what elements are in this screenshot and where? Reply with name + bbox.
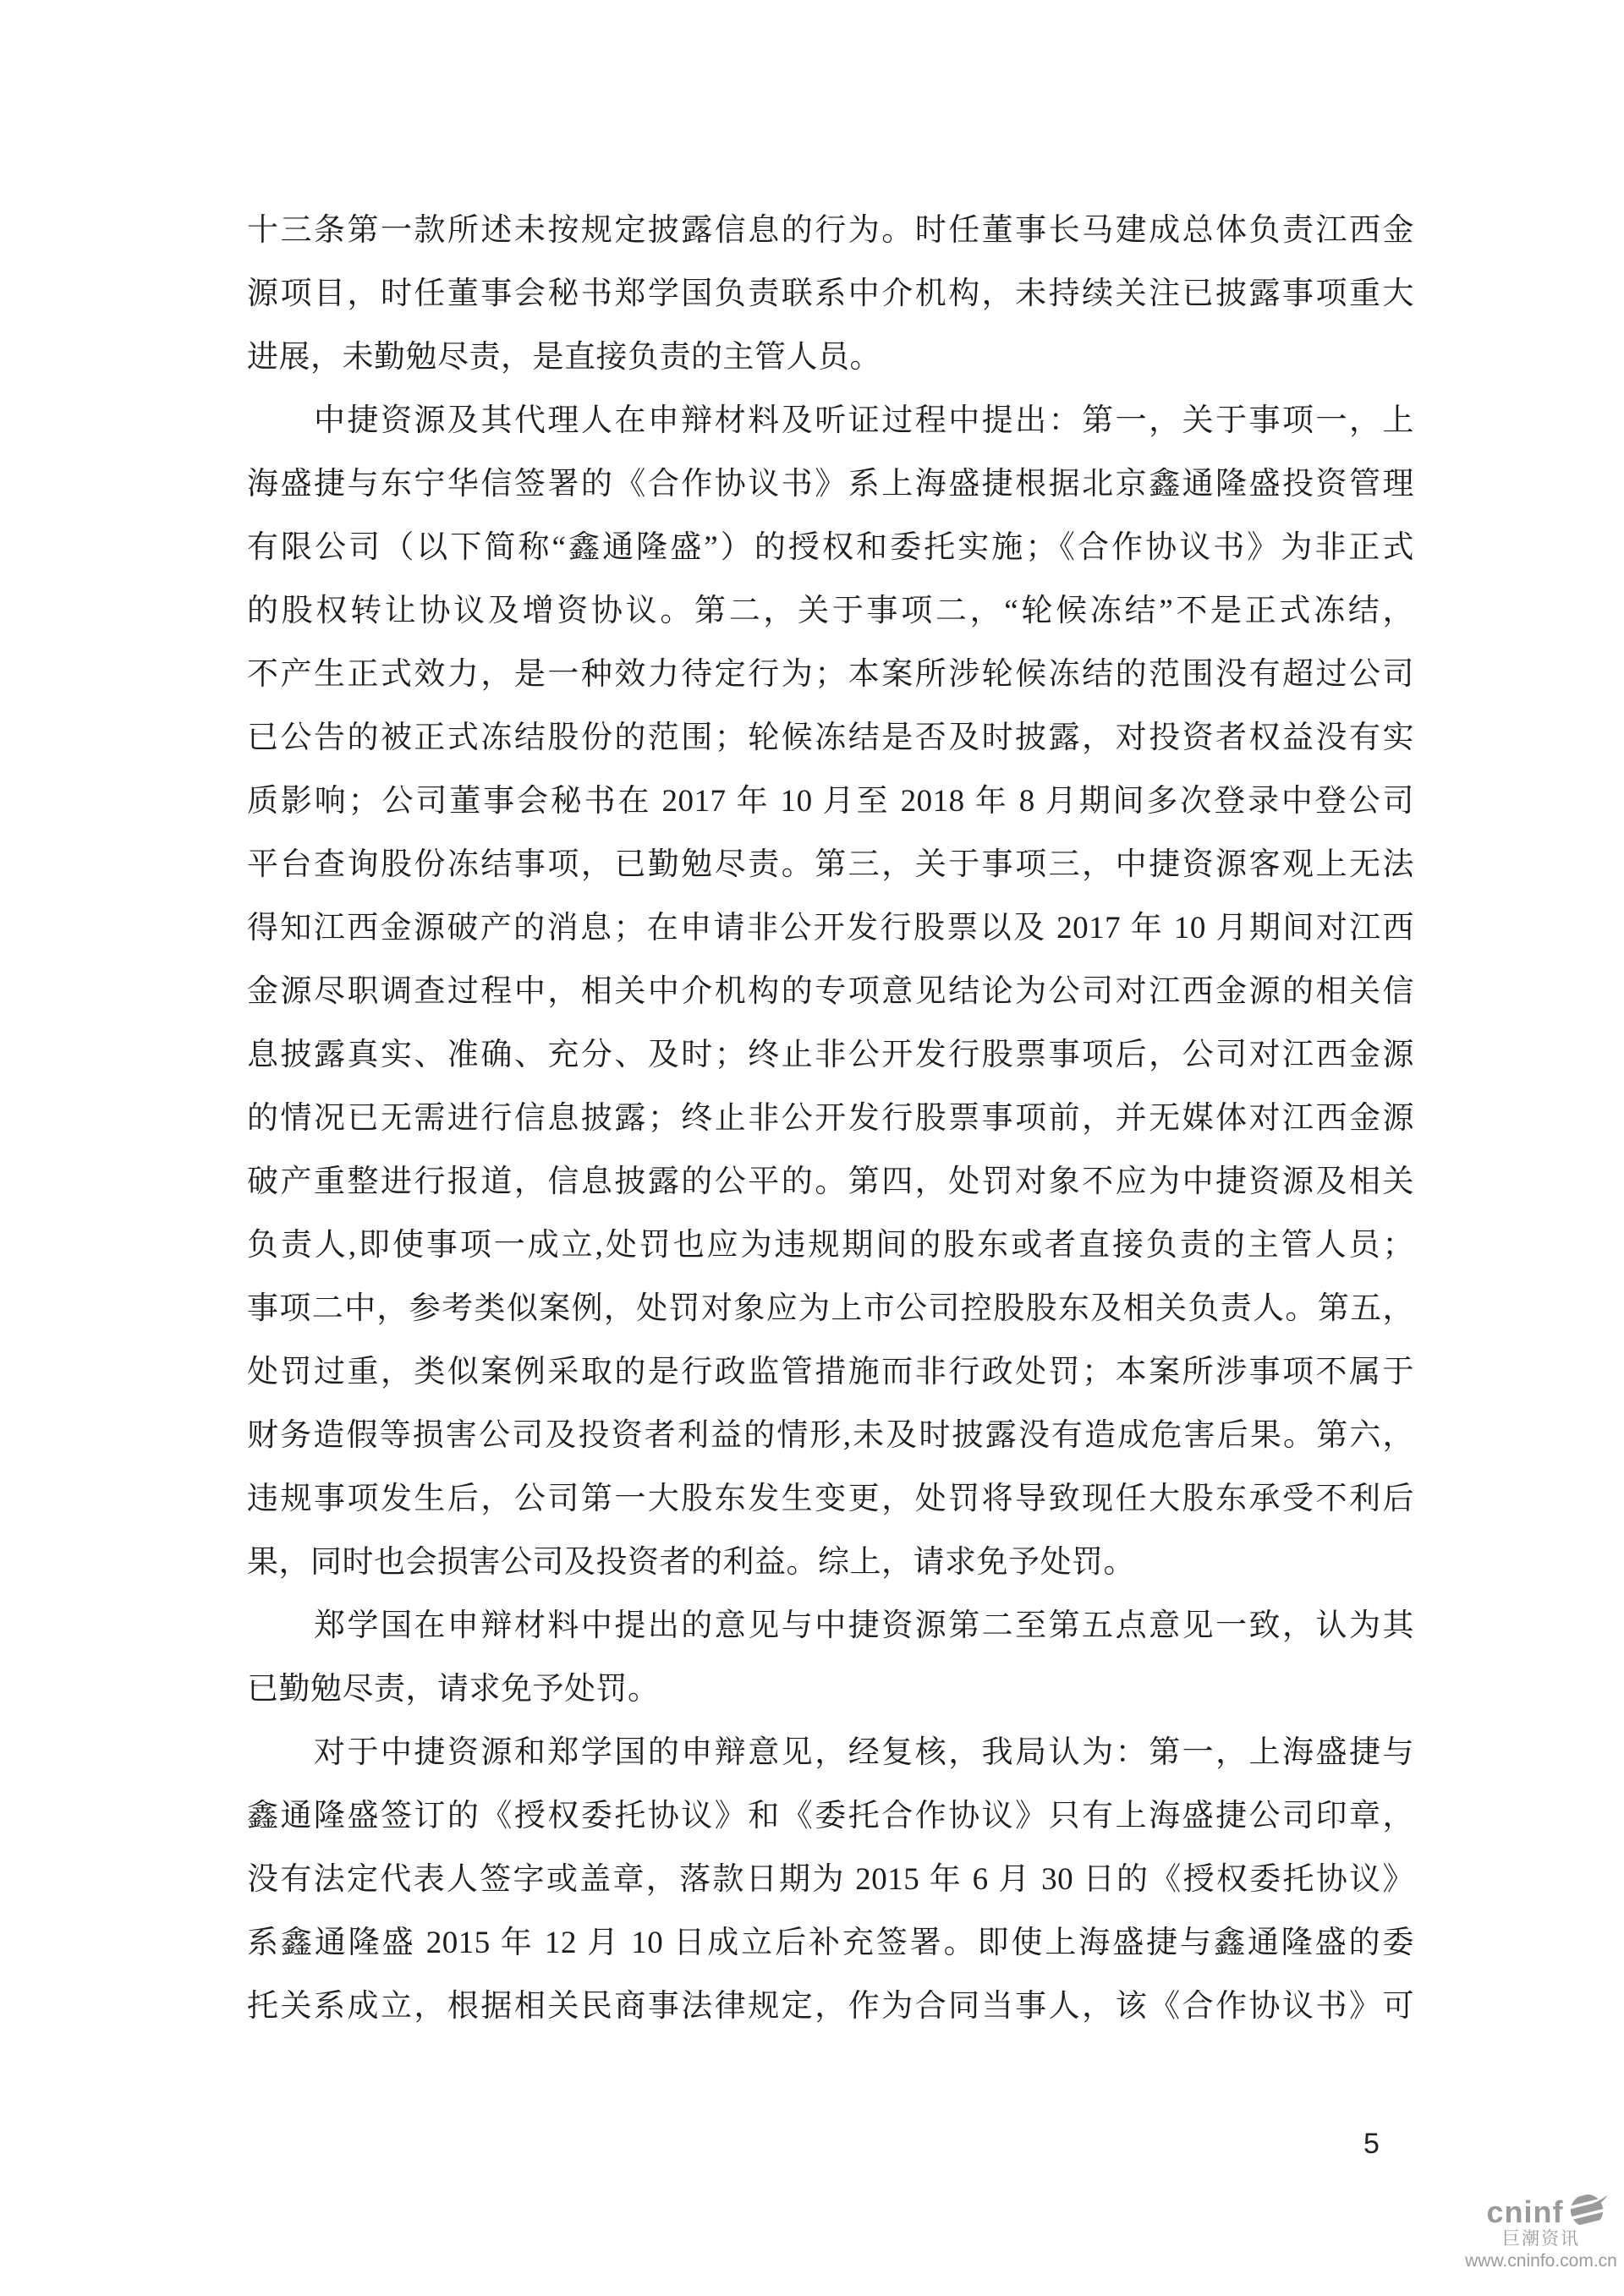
cninfo-brand-row: cninf (1487, 2197, 1608, 2228)
text-line: 违规事项发生后，公司第一大股东发生变更，处罚将导致现任大股东承受不利后 (247, 1467, 1414, 1531)
text-line: 财务造假等损害公司及投资者利益的情形,未及时披露没有造成危害后果。第六， (247, 1404, 1414, 1467)
text-line: 的股权转让协议及增资协议。第二，关于事项二，“轮候冻结”不是正式冻结， (247, 579, 1414, 643)
text-line: 郑学国在申辩材料中提出的意见与中捷资源第二至第五点意见一致，认为其 (247, 1594, 1414, 1658)
text-line: 没有法定代表人签字或盖章，落款日期为 2015 年 6 月 30 日的《授权委托… (247, 1848, 1414, 1911)
text-line: 息披露真实、准确、充分、及时；终止非公开发行股票事项后，公司对江西金源 (247, 1023, 1414, 1087)
text-line: 进展，未勤勉尽责，是直接负责的主管人员。 (247, 326, 1414, 389)
pdf-page: 十三条第一款所述未按规定披露信息的行为。时任董事长马建成总体负责江西金源项目，时… (0, 0, 1624, 2296)
text-line: 中捷资源及其代理人在申辩材料及听证过程中提出：第一，关于事项一，上 (247, 389, 1414, 452)
text-line: 已勤勉尽责，请求免予处罚。 (247, 1658, 1414, 1721)
document-body: 十三条第一款所述未按规定披露信息的行为。时任董事长马建成总体负责江西金源项目，时… (247, 199, 1414, 2038)
paragraph: 十三条第一款所述未按规定披露信息的行为。时任董事长马建成总体负责江西金源项目，时… (247, 199, 1414, 389)
text-line: 已公告的被正式冻结股份的范围；轮候冻结是否及时披露，对投资者权益没有实 (247, 706, 1414, 770)
cninfo-logo: cninf 巨潮资讯 www.cninfo.com.cn (1463, 2197, 1619, 2271)
text-line: 系鑫通隆盛 2015 年 12 月 10 日成立后补充签署。即使上海盛捷与鑫通隆… (247, 1911, 1414, 1975)
text-line: 托关系成立，根据相关民商事法律规定，作为合同当事人，该《合作协议书》可 (247, 1975, 1414, 2038)
text-line: 源项目，时任董事会秘书郑学国负责联系中介机构，未持续关注已披露事项重大 (247, 262, 1414, 326)
globe-swoosh-icon (1567, 2192, 1608, 2228)
text-line: 海盛捷与东宁华信签署的《合作协议书》系上海盛捷根据北京鑫通隆盛投资管理 (247, 452, 1414, 516)
text-line: 有限公司（以下简称“鑫通隆盛”）的授权和委托实施；《合作协议书》为非正式 (247, 516, 1414, 579)
cninfo-brand-cn: 巨潮资讯 (1502, 2229, 1580, 2249)
page-number: 5 (1363, 2128, 1380, 2161)
text-line: 处罚过重，类似案例采取的是行政监管措施而非行政处罚；本案所涉事项不属于 (247, 1340, 1414, 1404)
text-line: 金源尽职调查过程中，相关中介机构的专项意见结论为公司对江西金源的相关信 (247, 960, 1414, 1023)
cninfo-url: www.cninfo.com.cn (1465, 2251, 1617, 2271)
text-line: 不产生正式效力，是一种效力待定行为；本案所涉轮候冻结的范围没有超过公司 (247, 643, 1414, 706)
text-line: 事项二中，参考类似案例，处罚对象应为上市公司控股股东及相关负责人。第五， (247, 1277, 1414, 1340)
text-line: 鑫通隆盛签订的《授权委托协议》和《委托合作协议》只有上海盛捷公司印章， (247, 1784, 1414, 1848)
text-line: 果，同时也会损害公司及投资者的利益。综上，请求免予处罚。 (247, 1531, 1414, 1594)
text-line: 的情况已无需进行信息披露；终止非公开发行股票事项前，并无媒体对江西金源 (247, 1087, 1414, 1150)
text-line: 对于中捷资源和郑学国的申辩意见，经复核，我局认为：第一，上海盛捷与 (247, 1721, 1414, 1784)
text-line: 质影响；公司董事会秘书在 2017 年 10 月至 2018 年 8 月期间多次… (247, 770, 1414, 833)
text-line: 十三条第一款所述未按规定披露信息的行为。时任董事长马建成总体负责江西金 (247, 199, 1414, 262)
text-line: 负责人,即使事项一成立,处罚也应为违规期间的股东或者直接负责的主管人员； (247, 1214, 1414, 1277)
cninfo-brand-text: cninf (1487, 2197, 1564, 2228)
text-line: 平台查询股份冻结事项，已勤勉尽责。第三，关于事项三，中捷资源客观上无法 (247, 833, 1414, 896)
text-line: 得知江西金源破产的消息；在申请非公开发行股票以及 2017 年 10 月期间对江… (247, 896, 1414, 960)
document-page: { "document": { "language": "zh-CN", "pa… (0, 0, 1624, 2296)
paragraph: 郑学国在申辩材料中提出的意见与中捷资源第二至第五点意见一致，认为其已勤勉尽责，请… (247, 1594, 1414, 1721)
paragraph: 中捷资源及其代理人在申辩材料及听证过程中提出：第一，关于事项一，上海盛捷与东宁华… (247, 389, 1414, 1594)
text-line: 破产重整进行报道，信息披露的公平的。第四，处罚对象不应为中捷资源及相关 (247, 1150, 1414, 1214)
paragraph: 对于中捷资源和郑学国的申辩意见，经复核，我局认为：第一，上海盛捷与鑫通隆盛签订的… (247, 1721, 1414, 2038)
